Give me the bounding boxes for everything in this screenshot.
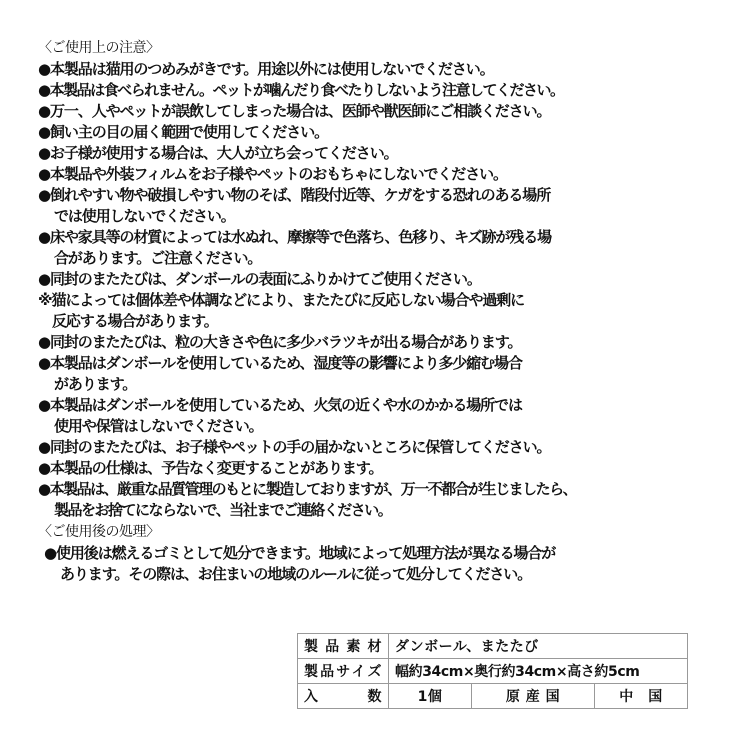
note-item: ●本製品や外装フィルムをお子様やペットのおもちゃにしないでください。: [38, 164, 728, 185]
note-text: ●本製品や外装フィルムをお子様やペットのおもちゃにしないでください。: [38, 165, 507, 183]
note-item: ●本製品はダンボールを使用しているため、火気の近くや水のかかる場所では使用や保管…: [38, 395, 728, 437]
note-item: ●床や家具等の材質によっては水ぬれ、摩擦等で色落ち、色移り、キズ跡が残る場合があ…: [38, 227, 728, 269]
note-item: ●本製品は食べられません。ペットが噛んだり食べたりしないよう注意してください。: [38, 80, 728, 101]
spec-row-quantity-origin: 入 数 1個 原 産 国 中 国: [298, 684, 688, 709]
note-item: ●同封のまたたびは、お子様やペットの手の届かないところに保管してください。: [38, 437, 728, 458]
note-item: ●お子様が使用する場合は、大人が立ち会ってください。: [38, 143, 728, 164]
note-text: ●本製品は、厳重な品質管理のもとに製造しておりますが、万一不都合が生じましたら、: [38, 480, 576, 498]
note-text-continued: では使用しないでください。: [38, 206, 728, 227]
note-item-asterisk: ※猫によっては個体差や体調などにより、またたびに反応しない場合や過剰に反応する場…: [38, 290, 728, 332]
note-text-continued: 製品をお捨てにならないで、当社までご連絡ください。: [38, 500, 728, 521]
quantity-label: 入 数: [298, 684, 389, 709]
note-text: ●倒れやすい物や破損しやすい物のそば、階段付近等、ケガをする恐れのある場所: [38, 186, 550, 204]
note-item: ●万一、人やペットが誤飲してしまった場合は、医師や獣医師にご相談ください。: [38, 101, 728, 122]
note-text: ●同封のまたたびは、ダンボールの表面にふりかけてご使用ください。: [38, 270, 481, 288]
disposal-heading: 〈ご使用後の処理〉: [38, 522, 728, 543]
size-label: 製品サイズ: [298, 659, 389, 684]
note-text-continued: 使用や保管はしないでください。: [38, 416, 728, 437]
note-item: ●本製品は、厳重な品質管理のもとに製造しておりますが、万一不都合が生じましたら、…: [38, 479, 728, 521]
note-item: ●同封のまたたびは、ダンボールの表面にふりかけてご使用ください。: [38, 269, 728, 290]
note-text: ●本製品は猫用のつめみがきです。用途以外には使用しないでください。: [38, 60, 494, 78]
note-text-continued: があります。: [38, 374, 728, 395]
note-text: ●飼い主の目の届く範囲で使用してください。: [38, 123, 328, 141]
note-text: ※猫によっては個体差や体調などにより、またたびに反応しない場合や過剰に: [38, 291, 524, 309]
quantity-value: 1個: [389, 684, 472, 709]
note-item: ●倒れやすい物や破損しやすい物のそば、階段付近等、ケガをする恐れのある場所では使…: [38, 185, 728, 227]
origin-value: 中 国: [595, 684, 688, 709]
note-item: ●本製品の仕様は、予告なく変更することがあります。: [38, 458, 728, 479]
note-item: ●本製品はダンボールを使用しているため、湿度等の影響により多少縮む場合があります…: [38, 353, 728, 395]
note-text: ●本製品はダンボールを使用しているため、火気の近くや水のかかる場所では: [38, 396, 522, 414]
note-text: ●万一、人やペットが誤飲してしまった場合は、医師や獣医師にご相談ください。: [38, 102, 550, 120]
spec-row-material: 製品素材 ダンボール、またたび: [298, 634, 688, 659]
product-spec-table: 製品素材 ダンボール、またたび 製品サイズ 幅約34cm×奥行約34cm×高さ約…: [297, 633, 688, 709]
material-value: ダンボール、またたび: [389, 634, 688, 659]
note-item: ●本製品は猫用のつめみがきです。用途以外には使用しないでください。: [38, 59, 728, 80]
note-text: ●本製品の仕様は、予告なく変更することがあります。: [38, 459, 382, 477]
disposal-text-continued: あります。その際は、お住まいの地域のルールに従って処分してください。: [44, 564, 728, 585]
note-text-continued: 反応する場合があります。: [38, 311, 728, 332]
origin-label: 原 産 国: [472, 684, 595, 709]
material-label: 製品素材: [298, 634, 389, 659]
usage-notes-document: 〈ご使用上の注意〉 ●本製品は猫用のつめみがきです。用途以外には使用しないでくだ…: [38, 38, 728, 585]
note-text: ●本製品はダンボールを使用しているため、湿度等の影響により多少縮む場合: [38, 354, 522, 372]
note-item: ●同封のまたたびは、粒の大きさや色に多少バラツキが出る場合があります。: [38, 332, 728, 353]
note-item: ●飼い主の目の届く範囲で使用してください。: [38, 122, 728, 143]
note-text: ●床や家具等の材質によっては水ぬれ、摩擦等で色落ち、色移り、キズ跡が残る場: [38, 228, 551, 246]
note-text: ●本製品は食べられません。ペットが噛んだり食べたりしないよう注意してください。: [38, 81, 564, 99]
note-text: ●同封のまたたびは、お子様やペットの手の届かないところに保管してください。: [38, 438, 550, 456]
spec-row-size: 製品サイズ 幅約34cm×奥行約34cm×高さ約5cm: [298, 659, 688, 684]
note-text-continued: 合があります。ご注意ください。: [38, 248, 728, 269]
disposal-text: ●使用後は燃えるゴミとして処分できます。地域によって処理方法が異なる場合が: [44, 544, 555, 562]
note-text: ●同封のまたたびは、粒の大きさや色に多少バラツキが出る場合があります。: [38, 333, 521, 351]
note-text: ●お子様が使用する場合は、大人が立ち会ってください。: [38, 144, 398, 162]
disposal-item: ●使用後は燃えるゴミとして処分できます。地域によって処理方法が異なる場合がありま…: [38, 543, 728, 585]
size-value: 幅約34cm×奥行約34cm×高さ約5cm: [389, 659, 688, 684]
usage-notes-heading: 〈ご使用上の注意〉: [38, 38, 728, 59]
